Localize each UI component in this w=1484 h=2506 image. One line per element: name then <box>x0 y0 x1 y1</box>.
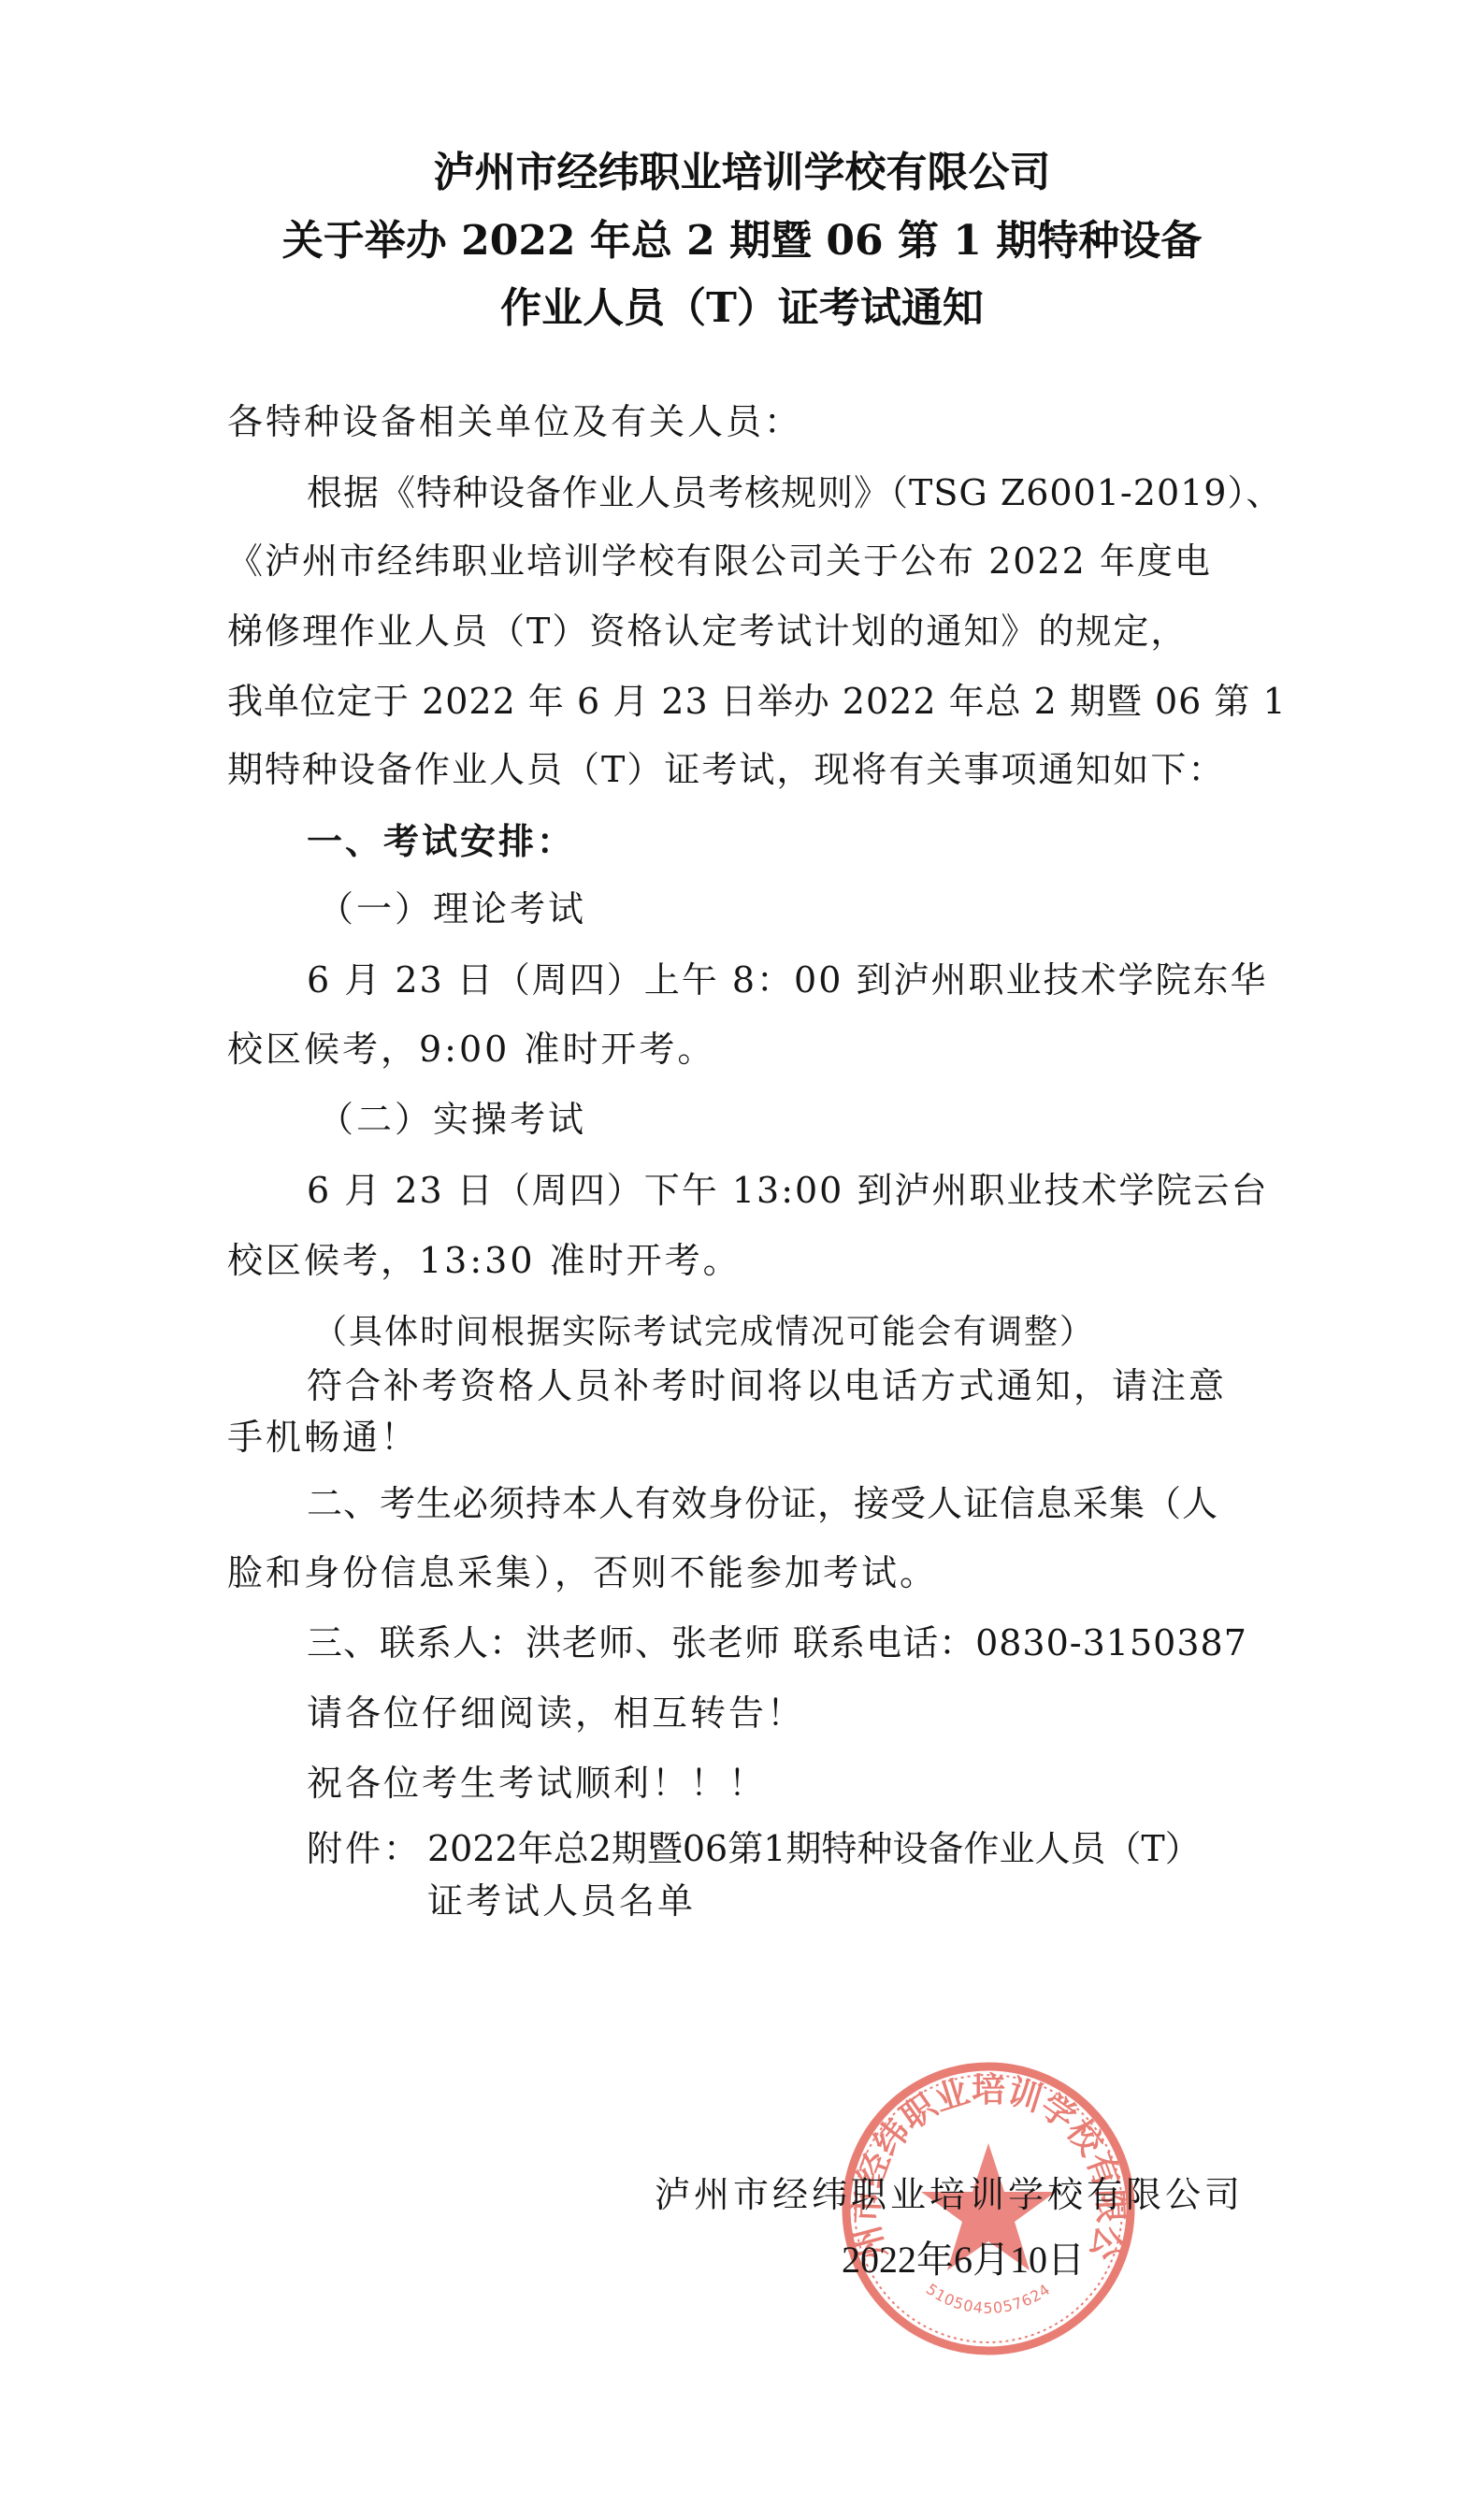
practical-line-1: 6 月 23 日（周四）下午 13:00 到泸州职业技术学院云台 <box>307 1164 1268 1217</box>
intro-line-2: 《泸州市经纬职业培训学校有限公司关于公布 2022 年度电 <box>227 535 1253 587</box>
title-line-3: 作业人员（T）证考试通知 <box>0 281 1484 337</box>
section2-text: 二、考生必须持本人有效身份证，接受人证信息采集（人 <box>307 1483 1218 1524</box>
title-line-2: 关于举办 2022 年总 2 期暨 06 第 1 期特种设备 <box>0 213 1484 269</box>
intro-line-5: 期特种设备作业人员（T）证考试，现将有关事项通知如下： <box>227 743 1253 796</box>
makeup-line-2: 手机畅通！ <box>227 1411 419 1463</box>
intro-line-1: 根据《特种设备作业人员考核规则》（TSG Z6001-2019）、 <box>307 467 1253 519</box>
section2-line-2: 脸和身份信息采集），否则不能参加考试。 <box>227 1547 938 1599</box>
theory-heading: （一）理论考试 <box>318 883 586 935</box>
theory-line-1: 6 月 23 日（周四）上午 8：00 到泸州职业技术学院东华 <box>307 954 1267 1006</box>
salutation: 各特种设备相关单位及有关人员： <box>227 396 802 448</box>
section2-line-1: 二、考生必须持本人有效身份证，接受人证信息采集（人 <box>307 1477 1218 1530</box>
signature-organization: 泸州市经纬职业培训学校有限公司 <box>655 2168 1244 2221</box>
title-line-1: 泸州市经纬职业培训学校有限公司 <box>0 145 1484 201</box>
attachment-line-1: 2022年总2期暨06第1期特种设备作业人员（T） <box>427 1822 1201 1875</box>
closing-line-2: 祝各位考生考试顺利！！！ <box>307 1757 767 1809</box>
closing-line-1: 请各位仔细阅读，相互转告！ <box>307 1687 805 1739</box>
section1-heading: 一、考试安排： <box>307 815 575 868</box>
schedule-note: （具体时间根据实际考试完成情况可能会有调整） <box>313 1306 1095 1359</box>
section3-contact: 三、联系人：洪老师、张老师 联系电话：0830-3150387 <box>307 1617 1247 1669</box>
practical-heading: （二）实操考试 <box>318 1093 586 1145</box>
intro-line-4: 我单位定于 2022 年 6 月 23 日举办 2022 年总 2 期暨 06 … <box>227 675 1253 727</box>
practical-line-2: 校区候考，13:30 准时开考。 <box>227 1234 742 1287</box>
document-page: 泸州市经纬职业培训学校有限公司 关于举办 2022 年总 2 期暨 06 第 1… <box>0 0 1484 2506</box>
attachment-label: 附件： <box>307 1822 422 1875</box>
attachment-line-2: 证考试人员名单 <box>427 1875 696 1927</box>
intro-line-3: 梯修理作业人员（T）资格认定考试计划的通知》的规定， <box>227 605 1253 657</box>
theory-line-2: 校区候考，9:00 准时开考。 <box>227 1023 715 1075</box>
signature-date: 2022年6月10日 <box>842 2234 1085 2286</box>
makeup-line-1: 符合补考资格人员补考时间将以电话方式通知，请注意 <box>307 1360 1227 1412</box>
